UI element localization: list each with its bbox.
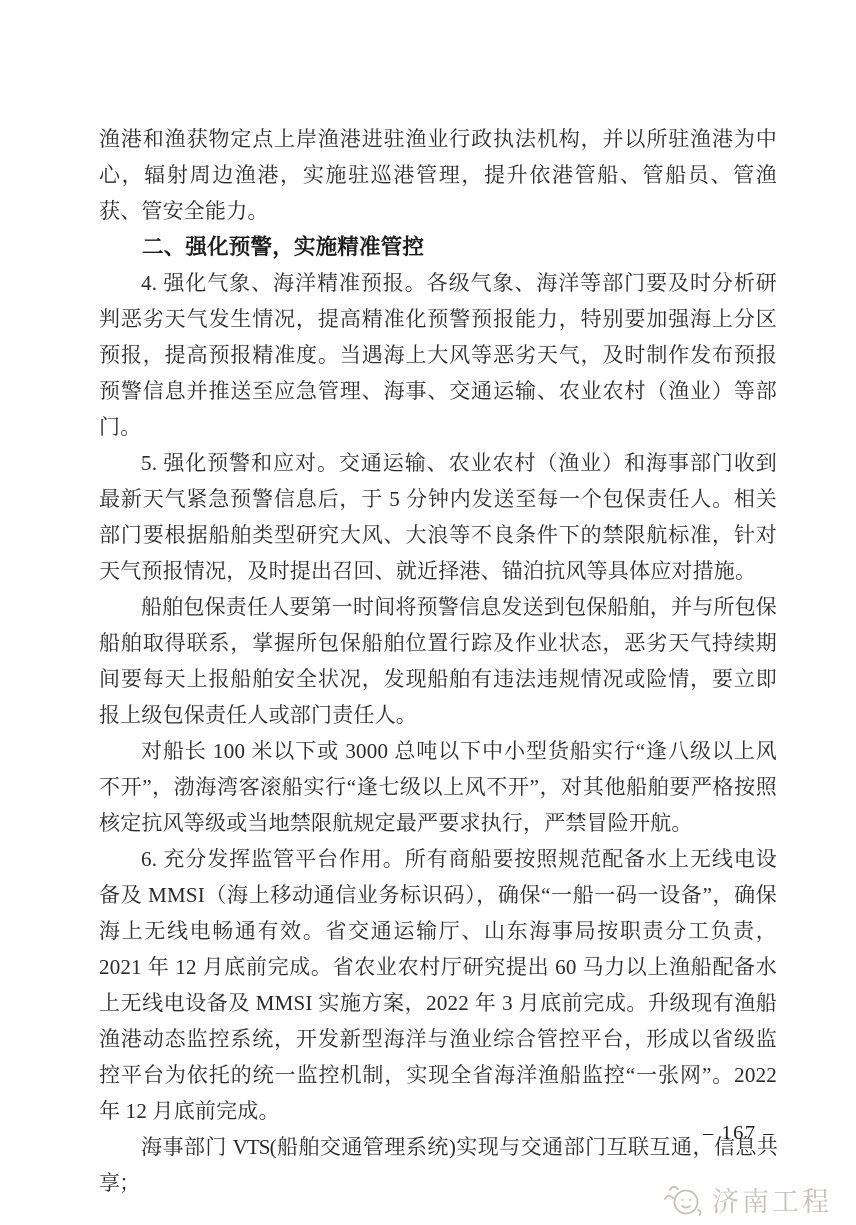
paragraph: 6. 充分发挥监管平台作用。所有商船要按照规范配备水上无线电设备及 MMSI（海… xyxy=(99,841,777,1129)
paragraph: 船舶包保责任人要第一时间将预警信息发送到包保船舶，并与所包保船舶取得联系，掌握所… xyxy=(99,589,777,733)
page-number: – 167 – xyxy=(703,1122,775,1145)
section-heading: 二、强化预警，实施精准管控 xyxy=(99,229,777,265)
document-body: 渔港和渔获物定点上岸渔港进驻渔业行政执法机构，并以所驻渔港为中心，辐射周边渔港，… xyxy=(99,121,777,1201)
document-page: 渔港和渔获物定点上岸渔港进驻渔业行政执法机构，并以所驻渔港为中心，辐射周边渔港，… xyxy=(0,0,856,1225)
mascot-doodle-icon xyxy=(662,1181,708,1219)
paragraph: 对船长 100 米以下或 3000 总吨以下中小型货船实行“逢八级以上风不开”，… xyxy=(99,733,777,841)
paragraph: 5. 强化预警和应对。交通运输、农业农村（渔业）和海事部门收到最新天气紧急预警信… xyxy=(99,445,777,589)
paragraph: 渔港和渔获物定点上岸渔港进驻渔业行政执法机构，并以所驻渔港为中心，辐射周边渔港，… xyxy=(99,121,777,229)
watermark: 济南工程 xyxy=(662,1180,832,1219)
paragraph: 4. 强化气象、海洋精准预报。各级气象、海洋等部门要及时分析研判恶劣天气发生情况… xyxy=(99,265,777,445)
watermark-text: 济南工程 xyxy=(712,1180,832,1219)
